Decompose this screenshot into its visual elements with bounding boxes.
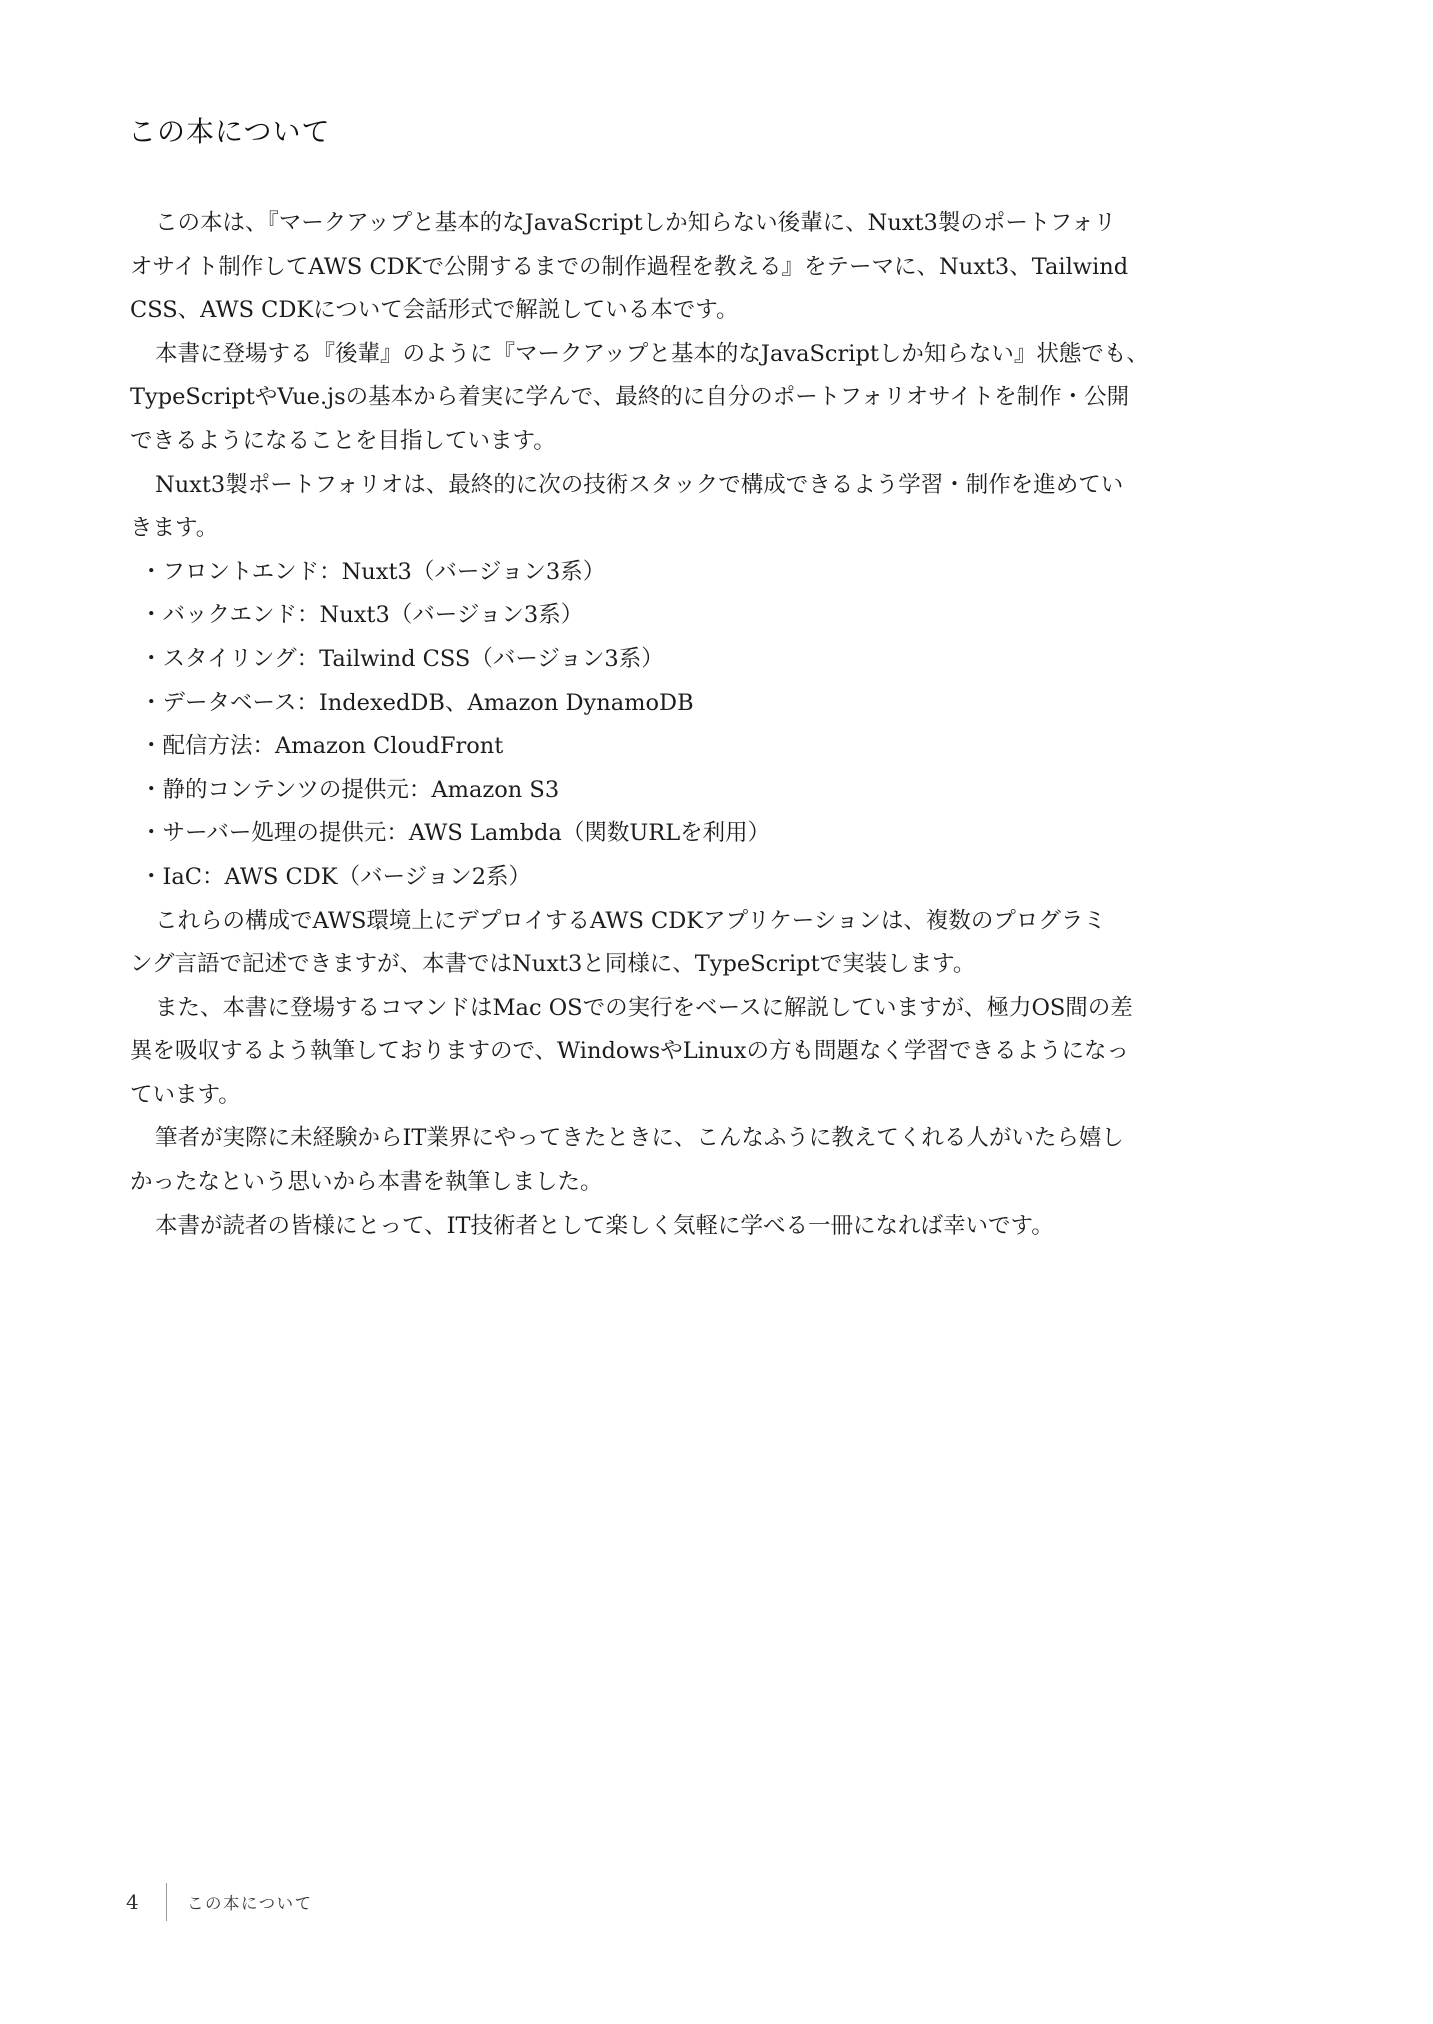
paragraph-motivation-line: 筆者が実際に未経験からIT業界にやってきたときに、こんなふうに教えてくれる人がい… [130, 1117, 1220, 1161]
body-text: この本は、『マークアップと基本的なJavaScriptしか知らない後輩に、Nux… [130, 202, 1220, 1248]
running-head: この本について [187, 1890, 313, 1914]
paragraph-goal-line: できるようになることを目指しています。 [130, 420, 1220, 464]
paragraph-intro-line: この本は、『マークアップと基本的なJavaScriptしか知らない後輩に、Nux… [130, 202, 1220, 246]
paragraph-os-line: ています。 [130, 1074, 1220, 1118]
paragraph-intro-line: オサイト制作してAWS CDKで公開するまでの制作過程を教える』をテーマに、Nu… [130, 246, 1220, 290]
page-title: この本について [128, 112, 330, 152]
tech-stack-item-server-processing: ・サーバー処理の提供元：AWS Lambda（関数URLを利用） [130, 812, 1220, 856]
paragraph-stack-intro-line: きます。 [130, 507, 1220, 551]
tech-stack-item-frontend: ・フロントエンド：Nuxt3（バージョン3系） [130, 551, 1220, 595]
tech-stack-item-static-content: ・静的コンテンツの提供元：Amazon S3 [130, 769, 1220, 813]
paragraph-cdk-line: ング言語で記述できますが、本書ではNuxt3と同様に、TypeScriptで実装… [130, 943, 1220, 987]
tech-stack-item-database: ・データベース：IndexedDB、Amazon DynamoDB [130, 682, 1220, 726]
paragraph-goal-line: TypeScriptやVue.jsの基本から着実に学んで、最終的に自分のポートフ… [130, 376, 1220, 420]
paragraph-stack-intro-line: Nuxt3製ポートフォリオは、最終的に次の技術スタックで構成できるよう学習・制作… [130, 464, 1220, 508]
tech-stack-item-iac: ・IaC：AWS CDK（バージョン2系） [130, 856, 1220, 900]
paragraph-closing-line: 本書が読者の皆様にとって、IT技術者として楽しく気軽に学べる一冊になれば幸いです… [130, 1205, 1220, 1249]
tech-stack-item-delivery: ・配信方法：Amazon CloudFront [130, 725, 1220, 769]
page-footer: 4 この本について [126, 1882, 313, 1922]
paragraph-os-line: 異を吸収するよう執筆しておりますので、WindowsやLinuxの方も問題なく学… [130, 1030, 1220, 1074]
tech-stack-item-backend: ・バックエンド：Nuxt3（バージョン3系） [130, 594, 1220, 638]
paragraph-os-line: また、本書に登場するコマンドはMac OSでの実行をベースに解説していますが、極… [130, 987, 1220, 1031]
tech-stack-list: ・フロントエンド：Nuxt3（バージョン3系） ・バックエンド：Nuxt3（バー… [130, 551, 1220, 900]
tech-stack-item-styling: ・スタイリング：Tailwind CSS（バージョン3系） [130, 638, 1220, 682]
paragraph-cdk-line: これらの構成でAWS環境上にデプロイするAWS CDKアプリケーションは、複数の… [130, 900, 1220, 944]
page-number: 4 [126, 1890, 154, 1914]
paragraph-goal-line: 本書に登場する『後輩』のように『マークアップと基本的なJavaScriptしか知… [130, 333, 1220, 377]
paragraph-intro-line: CSS、AWS CDKについて会話形式で解説している本です。 [130, 289, 1220, 333]
footer-divider [166, 1883, 167, 1921]
paragraph-motivation-line: かったなという思いから本書を執筆しました。 [130, 1161, 1220, 1205]
